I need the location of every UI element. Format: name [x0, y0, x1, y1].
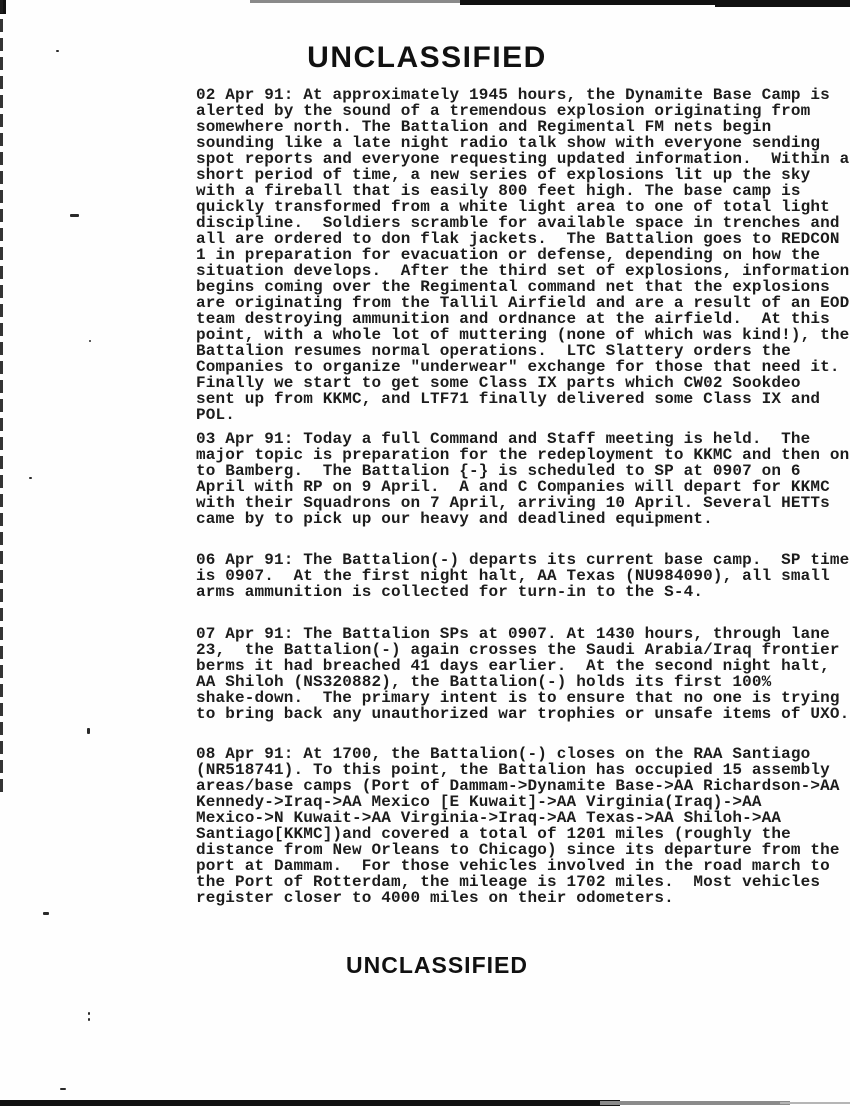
journal-entry-07-apr-91: 07 Apr 91: The Battalion SPs at 0907. At…	[196, 626, 849, 722]
scan-speck	[88, 1012, 90, 1015]
scan-speck	[43, 912, 49, 915]
journal-entry-06-apr-91: 06 Apr 91: The Battalion(-) departs its …	[196, 552, 849, 600]
scan-artifact-top-edge-gray	[250, 0, 465, 3]
scan-artifact-bottom-edge-black	[0, 1100, 620, 1106]
scan-speck	[70, 214, 79, 217]
scan-artifact-left-edge-line	[0, 0, 3, 792]
scan-speck	[60, 1088, 66, 1090]
classification-header: UNCLASSIFIED	[4, 41, 850, 75]
scan-speck	[89, 340, 91, 342]
journal-entry-08-apr-91: 08 Apr 91: At 1700, the Battalion(-) clo…	[196, 746, 840, 906]
scan-speck	[87, 728, 90, 734]
document-page: UNCLASSIFIED 02 Apr 91: At approximately…	[0, 0, 850, 1110]
journal-entry-02-apr-91: 02 Apr 91: At approximately 1945 hours, …	[196, 87, 849, 423]
scan-speck	[29, 477, 32, 479]
scan-artifact-bottom-edge-light	[780, 1102, 850, 1104]
scan-artifact-top-right-blob	[715, 0, 850, 7]
classification-footer: UNCLASSIFIED	[24, 952, 850, 979]
scan-artifact-bottom-edge-gray	[600, 1101, 790, 1105]
journal-entry-03-apr-91: 03 Apr 91: Today a full Command and Staf…	[196, 431, 849, 527]
scan-speck	[88, 1018, 90, 1021]
